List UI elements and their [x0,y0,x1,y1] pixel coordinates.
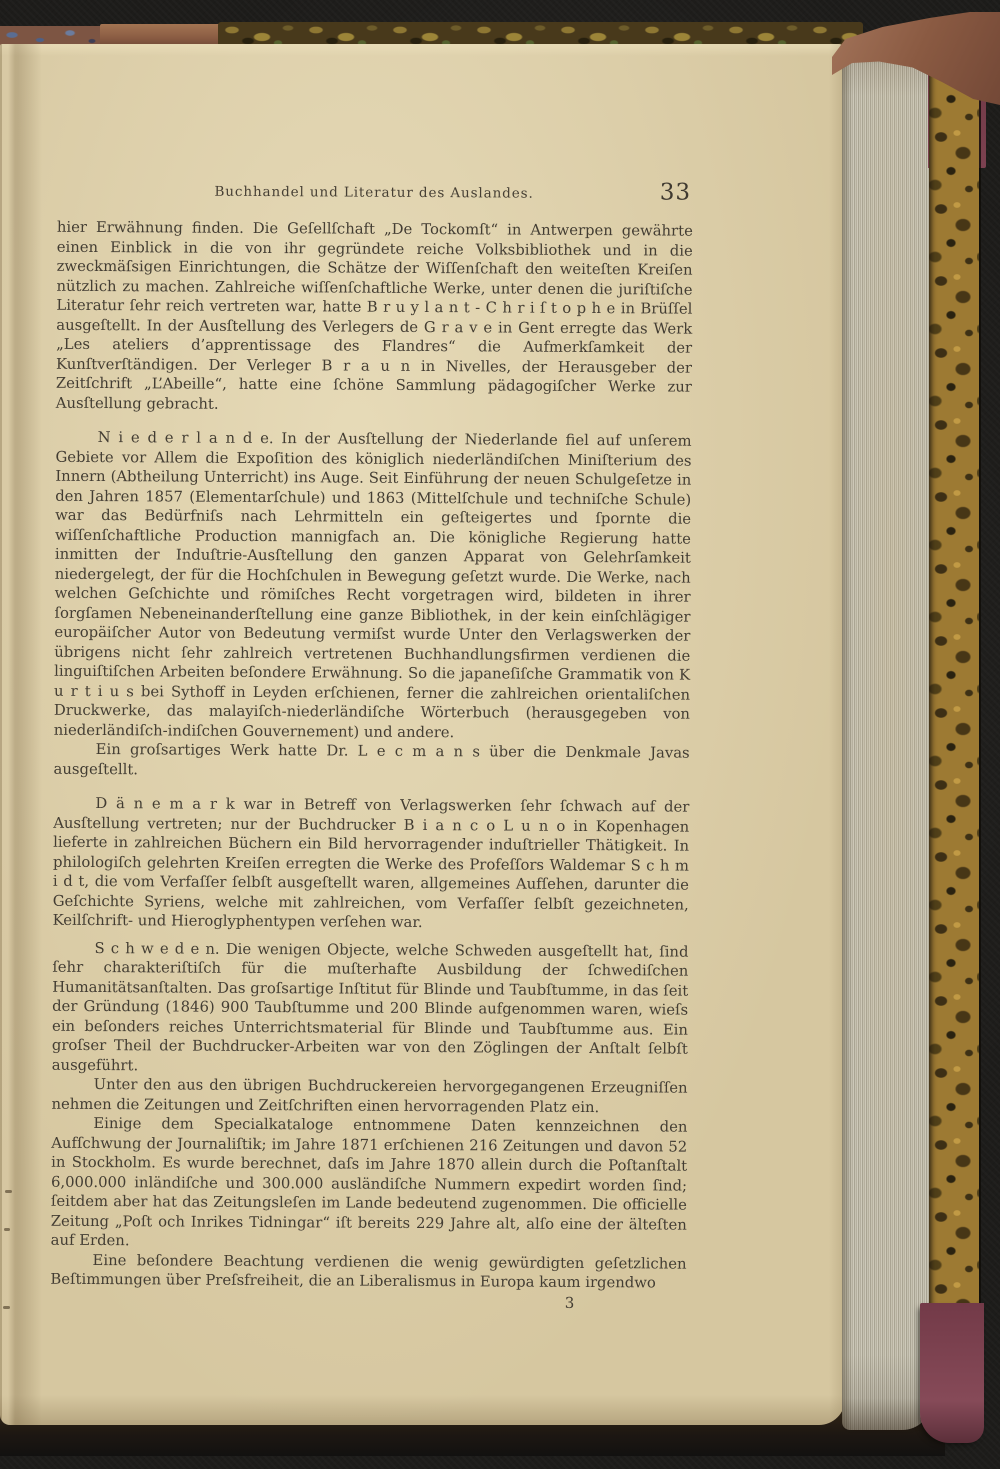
page-content: Buchhandel und Literatur des Auslandes. … [0,41,845,1427]
paragraph: S c h w e d e n. Die wenigen Objecte, we… [52,938,689,1078]
paragraph: hier Erwähnung finden. Die Geſellſchaft … [56,218,693,417]
page-number: 33 [660,179,691,205]
body-text: hier Erwähnung finden. Die Geſellſchaft … [50,218,693,1314]
paragraph: Einige dem Specialkataloge entnommene Da… [51,1114,688,1254]
paragraph: Unter den aus den übrigen Buchdruckereie… [51,1075,687,1118]
scan-background: Buchhandel und Literatur des Auslandes. … [0,0,1000,1469]
cover-marbled-strip [929,55,979,1425]
paragraph: N i e d e r l a n d e. In der Ausſtellun… [54,428,692,744]
paragraph: Eine beſondere Beachtung verdienen die w… [50,1250,686,1293]
running-header: Buchhandel und Literatur des Auslandes. … [57,183,691,203]
paragraph: D ä n e m a r k war in Betreff von Verla… [53,794,690,934]
sheet-signature: 3 [50,1290,686,1313]
cover-leather-bottom-right [920,1303,984,1443]
fore-edge-page-stack [842,46,932,1430]
header-title: Buchhandel und Literatur des Auslandes. [214,184,533,202]
paragraph-list: hier Erwähnung finden. Die Geſellſchaft … [50,218,693,1293]
paragraph: Ein groſsartiges Werk hatte Dr. L e c m … [54,740,690,783]
book-page: Buchhandel und Literatur des Auslandes. … [0,44,845,1425]
